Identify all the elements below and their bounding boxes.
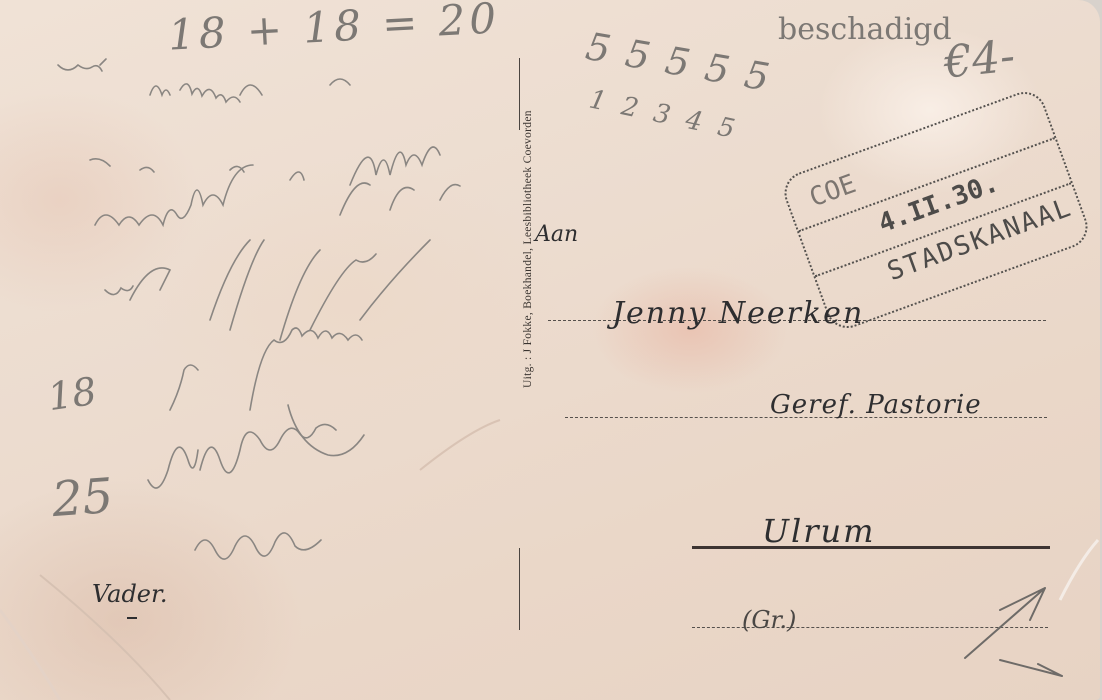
price-note: €4-: [942, 30, 1018, 88]
center-divider: [519, 58, 520, 630]
address-salutation: Aan: [535, 222, 578, 247]
pencil-sum-note: 18 + 18 = 20: [167, 0, 501, 60]
postmark-line1: COE: [806, 169, 860, 213]
postcard-back: 18 25 18 + 18 = 20 5 5 5 5 5 1 2 3 4 5 b…: [0, 0, 1100, 700]
pencil-margin-number-1: 18: [45, 369, 99, 419]
signature: Vader.: [92, 580, 167, 608]
pencil-margin-number-2: 25: [50, 468, 115, 528]
address-name: Jenny Neerken: [612, 296, 864, 331]
address-province: (Gr.): [742, 606, 796, 634]
signature-underline: [127, 617, 137, 619]
address-city: Ulrum: [762, 512, 875, 550]
address-line2-text: Geref. Pastorie: [770, 390, 982, 420]
condition-note: beschadigd: [778, 12, 952, 47]
pencil-bottom-numbers: 1 2 3 4 5: [587, 85, 742, 146]
publisher-imprint: Uitg. : J Fokke, Boekhandel, Leesbibliot…: [522, 110, 534, 388]
